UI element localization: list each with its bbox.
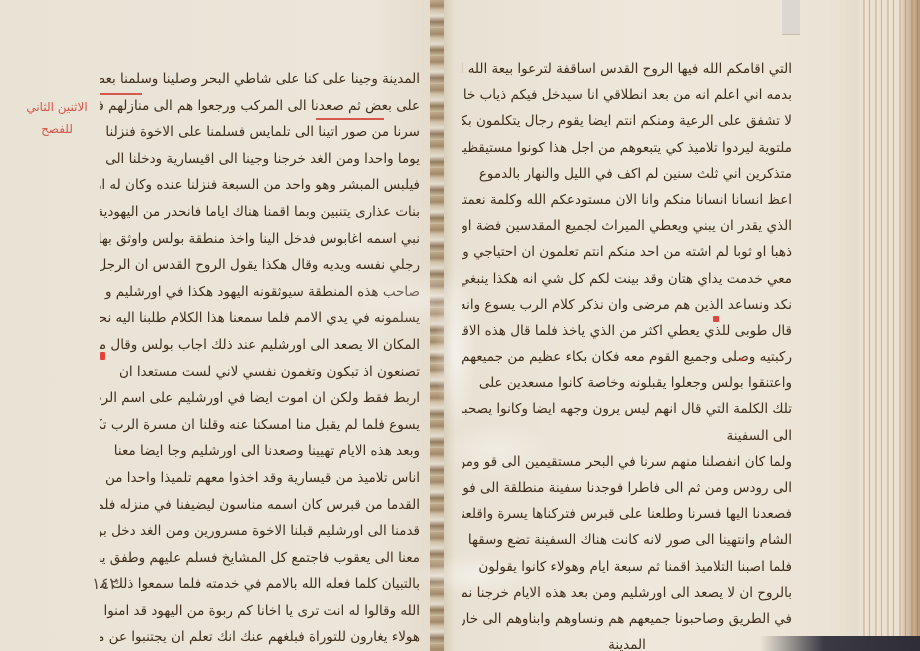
text-line: تلك الكلمة التي قال انهم ليس يرون وجهه ا…	[462, 396, 792, 422]
manuscript-spread: الاثنين الثاني للفصح المدينة وجينا على ك…	[0, 0, 920, 651]
text-line: قدمنا الى اورشليم قبلنا الاخوة مسرورين و…	[100, 518, 420, 545]
text-line: المدينة	[462, 632, 792, 651]
text-line: نكد ونساعد الذين هم مرضى وان نذكر كلام ا…	[462, 292, 792, 318]
bottom-shadow	[760, 636, 920, 651]
text-line: يوما واحدا ومن الغد خرجنا وجينا الى اقيس…	[100, 146, 420, 173]
text-line: بالروح ان لا يصعد الى اورشليم ومن بعد هذ…	[462, 580, 792, 606]
red-marker	[713, 316, 719, 322]
text-line: الذي يقدر ان يبني ويعطي الميراث لجميع ال…	[462, 213, 792, 239]
right-page: التي اقامكم الله فيها الروح القدس اساقفة…	[441, 0, 841, 651]
text-line: رجلي نفسه ويديه وقال هكذا يقول الروح الق…	[100, 252, 420, 279]
text-line: المدينة وجينا على كنا على شاطي البحر وصل…	[100, 66, 420, 93]
text-line: فيلبس المبشر وهو واحد من السبعة فنزلنا ع…	[100, 172, 420, 199]
text-line: يسلمونه في يدي الامم فلما سمعنا هذا الكل…	[100, 305, 420, 332]
text-line: المكان الا يصعد الى اورشليم عند ذلك اجاب…	[100, 332, 420, 359]
text-line: معنا الى يعقوب فاجتمع كل المشايخ فسلم عل…	[100, 545, 420, 572]
margin-note-line-1: الاثنين الثاني	[22, 96, 92, 118]
left-page: الاثنين الثاني للفصح المدينة وجينا على ك…	[0, 0, 440, 651]
text-line: لا تشفق على الرعية ومنكم انتم ايضا يقوم …	[462, 108, 792, 134]
left-page-text: المدينة وجينا على كنا على شاطي البحر وصل…	[100, 66, 420, 651]
margin-note-line-2: للفصح	[22, 118, 92, 140]
text-line: بنات عذارى يتنبين وبما اقمنا هناك اياما …	[100, 199, 420, 226]
text-line: تصنعون اذ تبكون وتغمون نفسي لاني لست مست…	[100, 359, 420, 386]
text-line: الله وقالوا له انت ترى يا اخانا كم ربوة …	[100, 598, 420, 625]
text-line: صاحب هذه المنطقة سيوثقونه اليهود هكذا في…	[100, 279, 420, 306]
text-line: معي خدمت يداي هتان وقد بينت لكم كل شي ان…	[462, 266, 792, 292]
text-line: قال طوبى للذي يعطي اكثر من الذي ياخذ فلم…	[462, 318, 792, 344]
text-line: فصعدنا اليها فسرنا وطلعنا على قبرس فتركن…	[462, 501, 792, 527]
text-line: على بعض ثم صعدنا الى المركب ورجعوا هم ال…	[100, 93, 420, 120]
text-line: القدما من قبرس كان اسمه مناسون ليضيفنا ف…	[100, 492, 420, 519]
folio-number: ١٤٢	[92, 574, 118, 593]
text-line: هولاء يغارون للتوراة فبلغهم عنك انك تعلم…	[100, 624, 420, 651]
text-line: في الطريق وصاحبونا جميعهم هم ونساوهم واب…	[462, 606, 792, 632]
text-line: اربط فقط ولكن ان اموت ايضا في اورشليم عل…	[100, 385, 420, 412]
text-line: فلما اصبنا التلاميذ اقمنا ثم سبعة ايام و…	[462, 554, 792, 580]
text-line: ملتوية ليردوا تلاميذ كي يتبعوهم من اجل ه…	[462, 135, 792, 161]
text-line: ذهبا او ثوبا لم اشته من احد منكم انتم تع…	[462, 239, 792, 265]
text-line: ولما كان انفصلنا منهم سرنا في البحر مستق…	[462, 449, 792, 475]
text-line: اعظ انسانا انسانا منكم وانا الان مستودعك…	[462, 187, 792, 213]
text-line: الشام وانتهينا الى صور لانه كانت هناك ال…	[462, 527, 792, 553]
red-margin-note: الاثنين الثاني للفصح	[22, 96, 92, 140]
text-line: اناس تلاميذ من قيسارية وقد اخذوا معهم تل…	[100, 465, 420, 492]
text-line: وبعد هذه الايام تهيينا وصعدنا الى اورشلي…	[100, 438, 420, 465]
red-marker	[740, 358, 743, 361]
text-line: التي اقامكم الله فيها الروح القدس اساقفة…	[462, 56, 792, 82]
text-line: سرنا من صور اتينا الى تلمايس فسلمنا على …	[100, 119, 420, 146]
text-line: بدمه اني اعلم انه من بعد انطلاقي انا سيد…	[462, 82, 792, 108]
paper-tab	[782, 0, 800, 35]
text-line: نبي اسمه اغابوس فدخل الينا واخذ منطقة بو…	[100, 226, 420, 253]
text-line: بالتبيان كلما فعله الله بالامم في خدمته …	[100, 571, 420, 598]
right-page-text: التي اقامكم الله فيها الروح القدس اساقفة…	[462, 56, 792, 651]
text-line: يسوع فلما لم يقبل منا امسكنا عنه وقلنا ا…	[100, 412, 420, 439]
text-line: الى رودس ومن ثم الى فاطرا فوجدنا سفينة م…	[462, 475, 792, 501]
text-line: متذكرين اني ثلث سنين لم اكف في الليل وال…	[462, 161, 792, 187]
page-edges	[858, 0, 920, 651]
text-line: واعتنقوا بولس وجعلوا يقبلونه وخاصة كانوا…	[462, 370, 792, 396]
text-line: الى السفينة	[462, 423, 792, 449]
